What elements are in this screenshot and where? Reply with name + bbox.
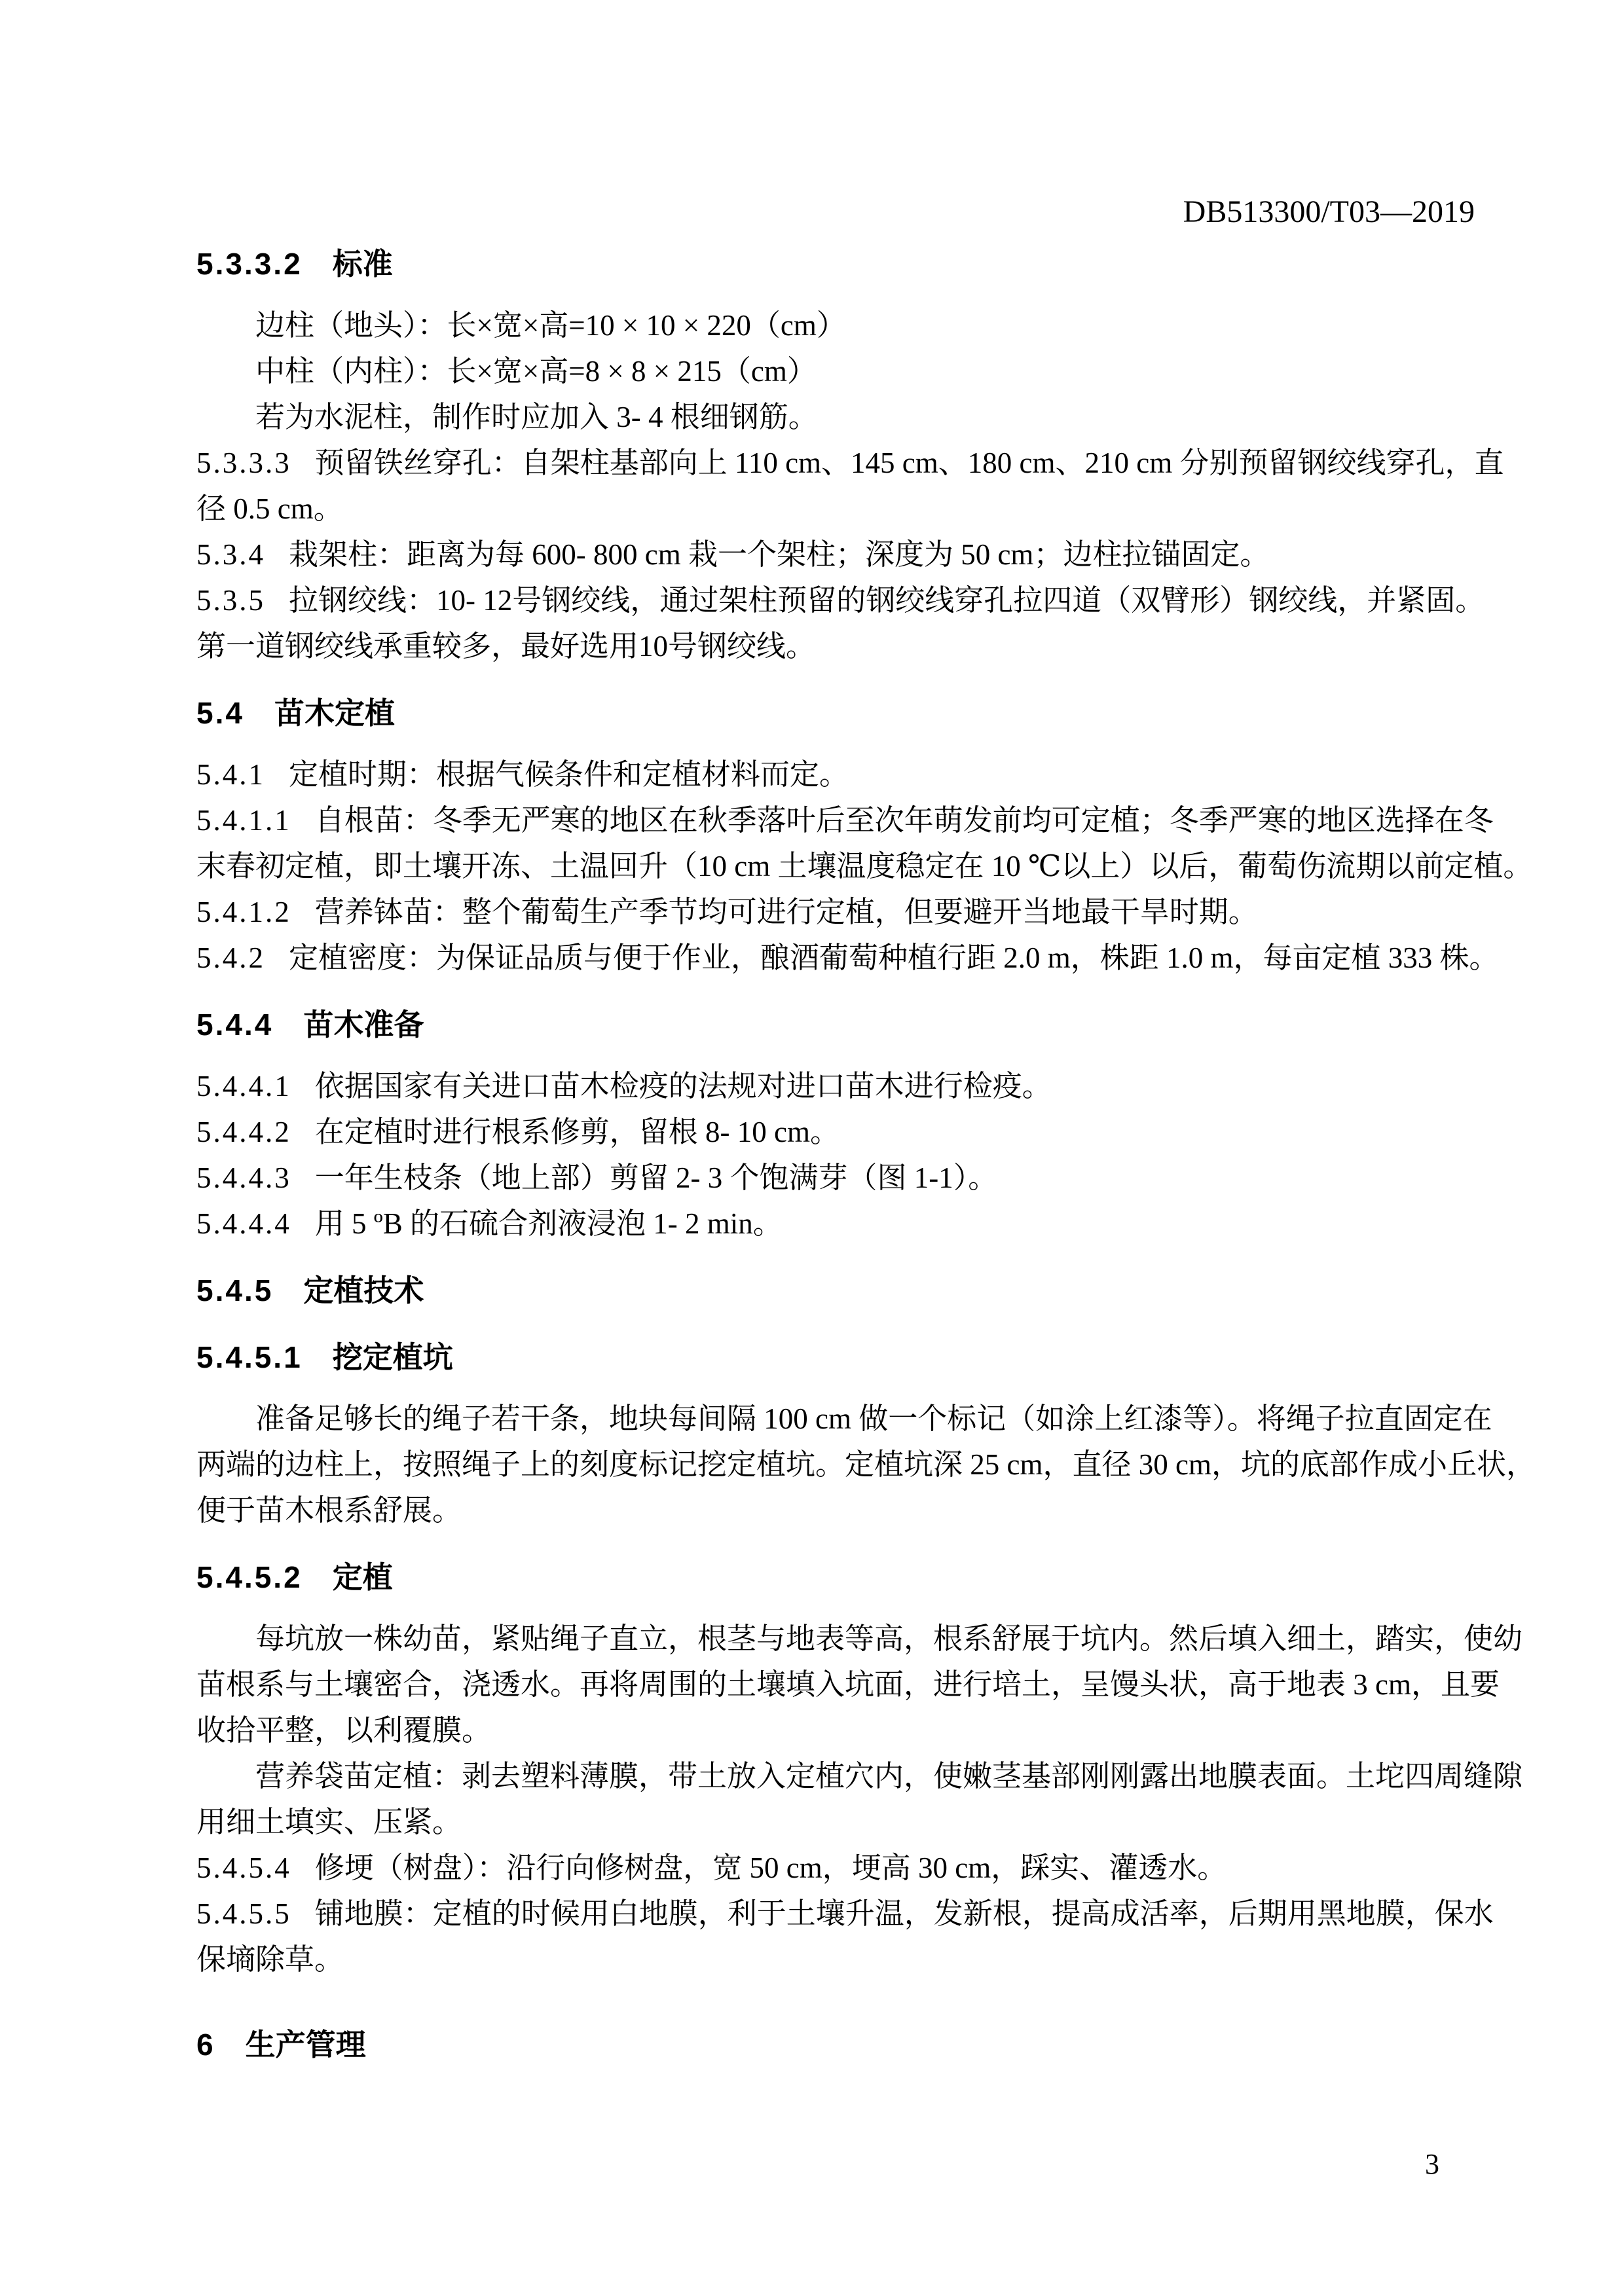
paragraph-line: 边柱（地头）：长×宽×高=10 × 10 × 220（cm） [196, 302, 1493, 348]
paragraph-line: 5.3.4栽架柱：距离为每 600- 800 cm 栽一个架柱；深度为 50 c… [196, 532, 1493, 577]
line-text: 预留铁丝穿孔：自架柱基部向上 110 cm、145 cm、180 cm、210 … [315, 446, 1504, 479]
section-title: 苗木准备 [303, 1008, 424, 1042]
document-body: 5.3.3.2标准边柱（地头）：长×宽×高=10 × 10 × 220（cm）中… [196, 220, 1493, 2083]
paragraph-line: 5.4.1.1自根苗：冬季无严寒的地区在秋季落叶后至次年萌发前均可定植；冬季严寒… [196, 797, 1493, 843]
section-heading: 5.4苗木定植 [196, 690, 1493, 736]
line-text: 若为水泥柱，制作时应加入 3- 4 根细钢筋。 [255, 401, 818, 433]
clause-number: 5.4.4.2 [196, 1109, 291, 1155]
section-heading: 6生产管理 [196, 2022, 1493, 2068]
line-text: 定植时期：根据气候条件和定植材料而定。 [289, 758, 849, 791]
paragraph: 5.4.1.2营养钵苗：整个葡萄生产季节均可进行定植，但要避开当地最干旱时期。 [196, 889, 1493, 935]
line-text: 修埂（树盘）：沿行向修树盘，宽 50 cm，埂高 30 cm，踩实、灌透水。 [315, 1851, 1227, 1884]
paragraph-line: 5.4.2定植密度：为保证品质与便于作业，酿酒葡萄种植行距 2.0 m，株距 1… [196, 935, 1493, 981]
paragraph: 5.3.3.3预留铁丝穿孔：自架柱基部向上 110 cm、145 cm、180 … [196, 440, 1493, 532]
line-text: 自根苗：冬季无严寒的地区在秋季落叶后至次年萌发前均可定植；冬季严寒的地区选择在冬 [315, 804, 1494, 837]
paragraph: 每坑放一株幼苗，紧贴绳子直立，根茎与地表等高，根系舒展于坑内。然后填入细土，踏实… [196, 1616, 1493, 1753]
paragraph-line: 保墒除草。 [196, 1937, 1493, 1982]
paragraph-line: 5.3.5拉钢绞线：10- 12号钢绞线，通过架柱预留的钢绞线穿孔拉四道（双臂形… [196, 577, 1493, 623]
section-heading: 5.4.4苗木准备 [196, 1002, 1493, 1048]
line-text: 第一道钢绞线承重较多，最好选用10号钢绞线。 [196, 630, 815, 663]
paragraph: 边柱（地头）：长×宽×高=10 × 10 × 220（cm） [196, 302, 1493, 348]
clause-number: 5.4.4.1 [196, 1063, 291, 1109]
line-text: 径 0.5 cm。 [196, 492, 343, 525]
line-text: 定植密度：为保证品质与便于作业，酿酒葡萄种植行距 2.0 m，株距 1.0 m，… [289, 941, 1499, 974]
line-text: 边柱（地头）：长×宽×高=10 × 10 × 220（cm） [255, 309, 846, 342]
line-text: 依据国家有关进口苗木检疫的法规对进口苗木进行检疫。 [315, 1070, 1052, 1102]
page-number: 3 [1425, 2149, 1439, 2180]
line-text: 在定植时进行根系修剪，留根 8- 10 cm。 [315, 1116, 840, 1148]
line-text: 保墒除草。 [196, 1943, 344, 1976]
clause-number: 5.4.5.4 [196, 1845, 291, 1891]
line-text: 便于苗木根系舒展。 [196, 1494, 462, 1527]
paragraph-line: 每坑放一株幼苗，紧贴绳子直立，根茎与地表等高，根系舒展于坑内。然后填入细土，踏实… [196, 1616, 1493, 1662]
clause-number: 5.3.4 [196, 532, 265, 577]
paragraph-line: 5.4.1.2营养钵苗：整个葡萄生产季节均可进行定植，但要避开当地最干旱时期。 [196, 889, 1493, 935]
paragraph: 5.4.4.2在定植时进行根系修剪，留根 8- 10 cm。 [196, 1109, 1493, 1155]
line-text: 准备足够长的绳子若干条，地块每间隔 100 cm 做一个标记（如涂上红漆等）。将… [255, 1402, 1492, 1435]
clause-number: 5.4.1.2 [196, 889, 291, 935]
clause-number: 5.4.2 [196, 935, 265, 981]
paragraph: 准备足够长的绳子若干条，地块每间隔 100 cm 做一个标记（如涂上红漆等）。将… [196, 1396, 1493, 1533]
section-title: 定植 [333, 1560, 393, 1594]
line-text: 中柱（内柱）：长×宽×高=8 × 8 × 215（cm） [255, 355, 817, 388]
section-number: 5.4.4 [196, 1002, 273, 1048]
paragraph-line: 准备足够长的绳子若干条，地块每间隔 100 cm 做一个标记（如涂上红漆等）。将… [196, 1396, 1493, 1442]
section-number: 5.4.5 [196, 1267, 273, 1313]
clause-number: 5.4.1 [196, 752, 265, 797]
paragraph: 5.4.1.1自根苗：冬季无严寒的地区在秋季落叶后至次年萌发前均可定植；冬季严寒… [196, 797, 1493, 889]
line-text: 用细土填实、压紧。 [196, 1806, 462, 1838]
line-text: 栽架柱：距离为每 600- 800 cm 栽一个架柱；深度为 50 cm；边柱拉… [289, 538, 1269, 571]
paragraph-line: 用细土填实、压紧。 [196, 1799, 1493, 1845]
paragraph-line: 末春初定植，即土壤开冻、土温回升（10 cm 土壤温度稳定在 10 ℃以上）以后… [196, 843, 1493, 889]
paragraph: 中柱（内柱）：长×宽×高=8 × 8 × 215（cm） [196, 348, 1493, 394]
line-text: 两端的边柱上，按照绳子上的刻度标记挖定植坑。定植坑深 25 cm，直径 30 c… [196, 1448, 1536, 1481]
document-page: DB513300/T03—2019 5.3.3.2标准边柱（地头）：长×宽×高=… [0, 0, 1624, 2296]
clause-number: 5.3.5 [196, 577, 265, 623]
section-number: 6 [196, 2022, 215, 2068]
section-title: 生产管理 [246, 2028, 366, 2062]
line-text: 拉钢绞线：10- 12号钢绞线，通过架柱预留的钢绞线穿孔拉四道（双臂形）钢绞线，… [289, 584, 1485, 617]
section-number: 5.3.3.2 [196, 241, 303, 287]
line-text: 用 5 ºB 的石硫合剂液浸泡 1- 2 min。 [315, 1207, 783, 1240]
paragraph: 5.4.4.3一年生枝条（地上部）剪留 2- 3 个饱满芽（图 1-1）。 [196, 1155, 1493, 1201]
paragraph-line: 若为水泥柱，制作时应加入 3- 4 根细钢筋。 [196, 394, 1493, 440]
section-number: 5.4.5.2 [196, 1554, 303, 1600]
paragraph-line: 便于苗木根系舒展。 [196, 1487, 1493, 1533]
line-text: 一年生枝条（地上部）剪留 2- 3 个饱满芽（图 1-1）。 [315, 1161, 997, 1194]
paragraph-line: 第一道钢绞线承重较多，最好选用10号钢绞线。 [196, 623, 1493, 669]
paragraph: 5.4.5.5铺地膜：定植的时候用白地膜，利于土壤升温，发新根，提高成活率，后期… [196, 1891, 1493, 1982]
section-title: 挖定植坑 [333, 1340, 453, 1374]
paragraph-line: 营养袋苗定植：剥去塑料薄膜，带土放入定植穴内，使嫩茎基部刚刚露出地膜表面。土坨四… [196, 1753, 1493, 1799]
paragraph-line: 中柱（内柱）：长×宽×高=8 × 8 × 215（cm） [196, 348, 1493, 394]
line-text: 收拾平整，以利覆膜。 [196, 1714, 491, 1747]
paragraph-line: 5.4.1定植时期：根据气候条件和定植材料而定。 [196, 752, 1493, 797]
section-number: 5.4.5.1 [196, 1334, 303, 1380]
paragraph-line: 5.4.4.4用 5 ºB 的石硫合剂液浸泡 1- 2 min。 [196, 1201, 1493, 1247]
paragraph-line: 5.4.4.3一年生枝条（地上部）剪留 2- 3 个饱满芽（图 1-1）。 [196, 1155, 1493, 1201]
clause-number: 5.4.1.1 [196, 797, 291, 843]
paragraph: 营养袋苗定植：剥去塑料薄膜，带土放入定植穴内，使嫩茎基部刚刚露出地膜表面。土坨四… [196, 1753, 1493, 1845]
line-text: 铺地膜：定植的时候用白地膜，利于土壤升温，发新根，提高成活率，后期用黑地膜，保水 [315, 1897, 1494, 1930]
line-text: 末春初定植，即土壤开冻、土温回升（10 cm 土壤温度稳定在 10 ℃以上）以后… [196, 850, 1532, 883]
paragraph: 5.4.1定植时期：根据气候条件和定植材料而定。 [196, 752, 1493, 797]
section-title: 定植技术 [303, 1273, 424, 1307]
paragraph-line: 收拾平整，以利覆膜。 [196, 1707, 1493, 1753]
line-text: 苗根系与土壤密合，浇透水。再将周围的土壤填入坑面，进行培土，呈馒头状，高于地表 … [196, 1668, 1500, 1701]
paragraph-line: 5.4.5.5铺地膜：定植的时候用白地膜，利于土壤升温，发新根，提高成活率，后期… [196, 1891, 1493, 1937]
paragraph-line: 苗根系与土壤密合，浇透水。再将周围的土壤填入坑面，进行培土，呈馒头状，高于地表 … [196, 1662, 1493, 1707]
section-title: 标准 [333, 247, 393, 281]
section-heading: 5.4.5定植技术 [196, 1267, 1493, 1313]
section-heading: 5.4.5.1挖定植坑 [196, 1334, 1493, 1380]
paragraph: 5.3.4栽架柱：距离为每 600- 800 cm 栽一个架柱；深度为 50 c… [196, 532, 1493, 577]
section-title: 苗木定植 [274, 696, 395, 730]
section-number: 5.4 [196, 690, 244, 736]
clause-number: 5.3.3.3 [196, 440, 291, 486]
paragraph-line: 5.3.3.3预留铁丝穿孔：自架柱基部向上 110 cm、145 cm、180 … [196, 440, 1493, 486]
paragraph: 5.4.4.1依据国家有关进口苗木检疫的法规对进口苗木进行检疫。 [196, 1063, 1493, 1109]
paragraph-line: 5.4.4.1依据国家有关进口苗木检疫的法规对进口苗木进行检疫。 [196, 1063, 1493, 1109]
paragraph-line: 两端的边柱上，按照绳子上的刻度标记挖定植坑。定植坑深 25 cm，直径 30 c… [196, 1442, 1493, 1487]
line-text: 每坑放一株幼苗，紧贴绳子直立，根茎与地表等高，根系舒展于坑内。然后填入细土，踏实… [255, 1622, 1522, 1655]
line-text: 营养袋苗定植：剥去塑料薄膜，带土放入定植穴内，使嫩茎基部刚刚露出地膜表面。土坨四… [255, 1760, 1522, 1793]
paragraph: 5.4.2定植密度：为保证品质与便于作业，酿酒葡萄种植行距 2.0 m，株距 1… [196, 935, 1493, 981]
section-heading: 5.3.3.2标准 [196, 241, 1493, 287]
line-text: 营养钵苗：整个葡萄生产季节均可进行定植，但要避开当地最干旱时期。 [315, 896, 1258, 928]
paragraph: 5.4.4.4用 5 ºB 的石硫合剂液浸泡 1- 2 min。 [196, 1201, 1493, 1247]
paragraph: 若为水泥柱，制作时应加入 3- 4 根细钢筋。 [196, 394, 1493, 440]
clause-number: 5.4.5.5 [196, 1891, 291, 1937]
paragraph-line: 5.4.4.2在定植时进行根系修剪，留根 8- 10 cm。 [196, 1109, 1493, 1155]
clause-number: 5.4.4.4 [196, 1201, 291, 1247]
clause-number: 5.4.4.3 [196, 1155, 291, 1201]
section-heading: 5.4.5.2定植 [196, 1554, 1493, 1600]
paragraph-line: 径 0.5 cm。 [196, 486, 1493, 532]
paragraph: 5.4.5.4修埂（树盘）：沿行向修树盘，宽 50 cm，埂高 30 cm，踩实… [196, 1845, 1493, 1891]
paragraph: 5.3.5拉钢绞线：10- 12号钢绞线，通过架柱预留的钢绞线穿孔拉四道（双臂形… [196, 577, 1493, 669]
paragraph-line: 5.4.5.4修埂（树盘）：沿行向修树盘，宽 50 cm，埂高 30 cm，踩实… [196, 1845, 1493, 1891]
